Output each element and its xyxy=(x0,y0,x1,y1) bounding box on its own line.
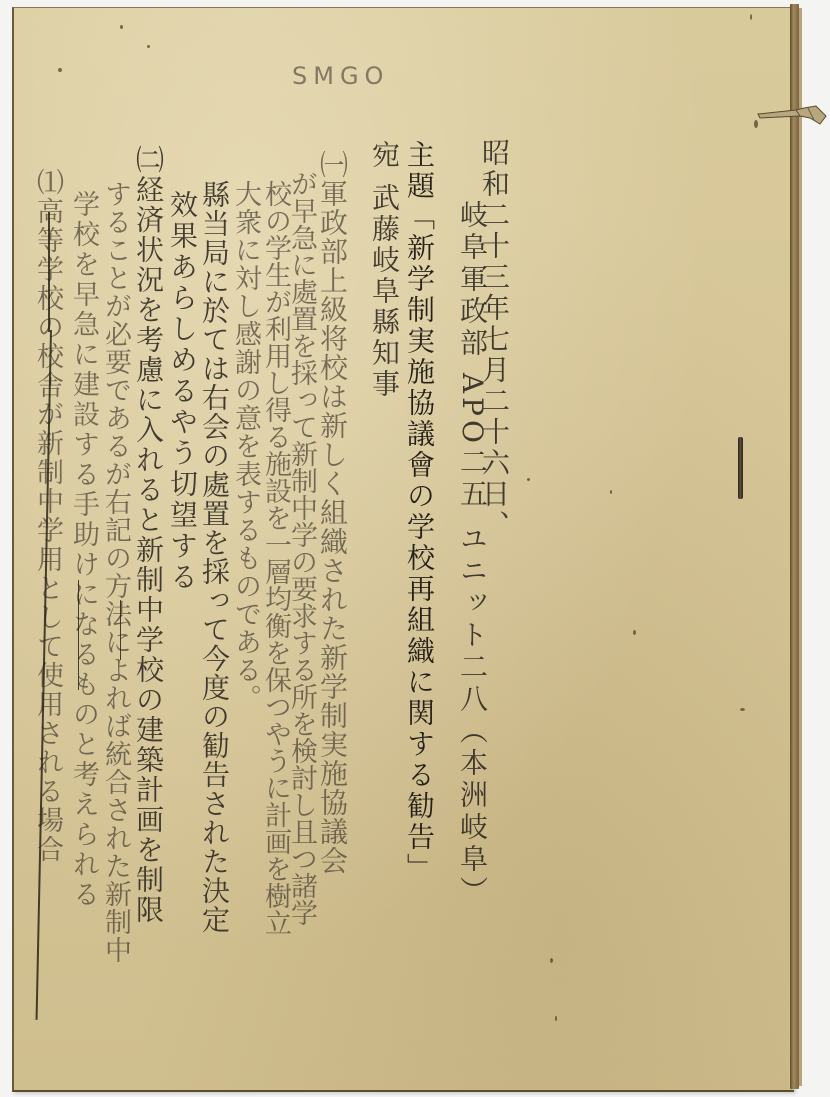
paper-speck xyxy=(147,45,150,48)
body-column: 縣当局に於ては右会の處置を採って今度の勧告された決定 xyxy=(200,180,228,934)
page-stack-edge-inner xyxy=(799,8,802,1086)
body-column: 校の学生が利用し得る施設を一層均衡を保つやうに計画を樹立 xyxy=(262,180,289,936)
paper-speck xyxy=(740,708,745,711)
subject-line: 主題「新学制実施協議會の学校再組織に関する勧告」 xyxy=(405,140,433,884)
paper-speck xyxy=(750,14,752,20)
staple xyxy=(738,437,743,499)
margin-line xyxy=(78,580,79,690)
paper-speck xyxy=(754,120,758,128)
binding-string-icon xyxy=(756,100,828,128)
paper-speck xyxy=(610,490,612,494)
paper-speck xyxy=(527,478,530,481)
paper-speck xyxy=(633,630,636,635)
paper-speck xyxy=(120,25,123,29)
addressee-line: 宛 武藤岐阜縣知事 xyxy=(370,140,398,400)
body-column: 效果あらしめるやう切望する xyxy=(168,190,196,593)
body-column: 学校を早急に建設する手助けになるものと考えられる xyxy=(70,190,97,910)
body-column: が早急に處置を採って新制中学の要求する所を検討し且つ諸学 xyxy=(288,170,315,926)
paper-speck xyxy=(58,68,62,72)
margin-line xyxy=(120,600,121,660)
pencil-annotation: SMGO xyxy=(292,62,389,90)
sender-line: 岐阜軍政部 APO二五 ユニット二八（本洲岐阜） xyxy=(458,200,486,908)
body-column: ㈡経済状況を考慮に入れると新制中学校の建築計画を制限 xyxy=(134,145,162,925)
body-column: ㈠軍政部上級将校は新しく組織された新学制実施協議会 xyxy=(318,150,346,875)
body-column: することが必要であるが右記の方法によれば統合された新制中 xyxy=(102,180,129,964)
page-stack-edge xyxy=(790,4,799,1089)
paper-speck xyxy=(555,1016,557,1021)
paper-speck xyxy=(550,958,553,963)
body-column: 大衆に対し感謝の意を表するものである。 xyxy=(232,180,259,712)
margin-line xyxy=(48,212,50,332)
